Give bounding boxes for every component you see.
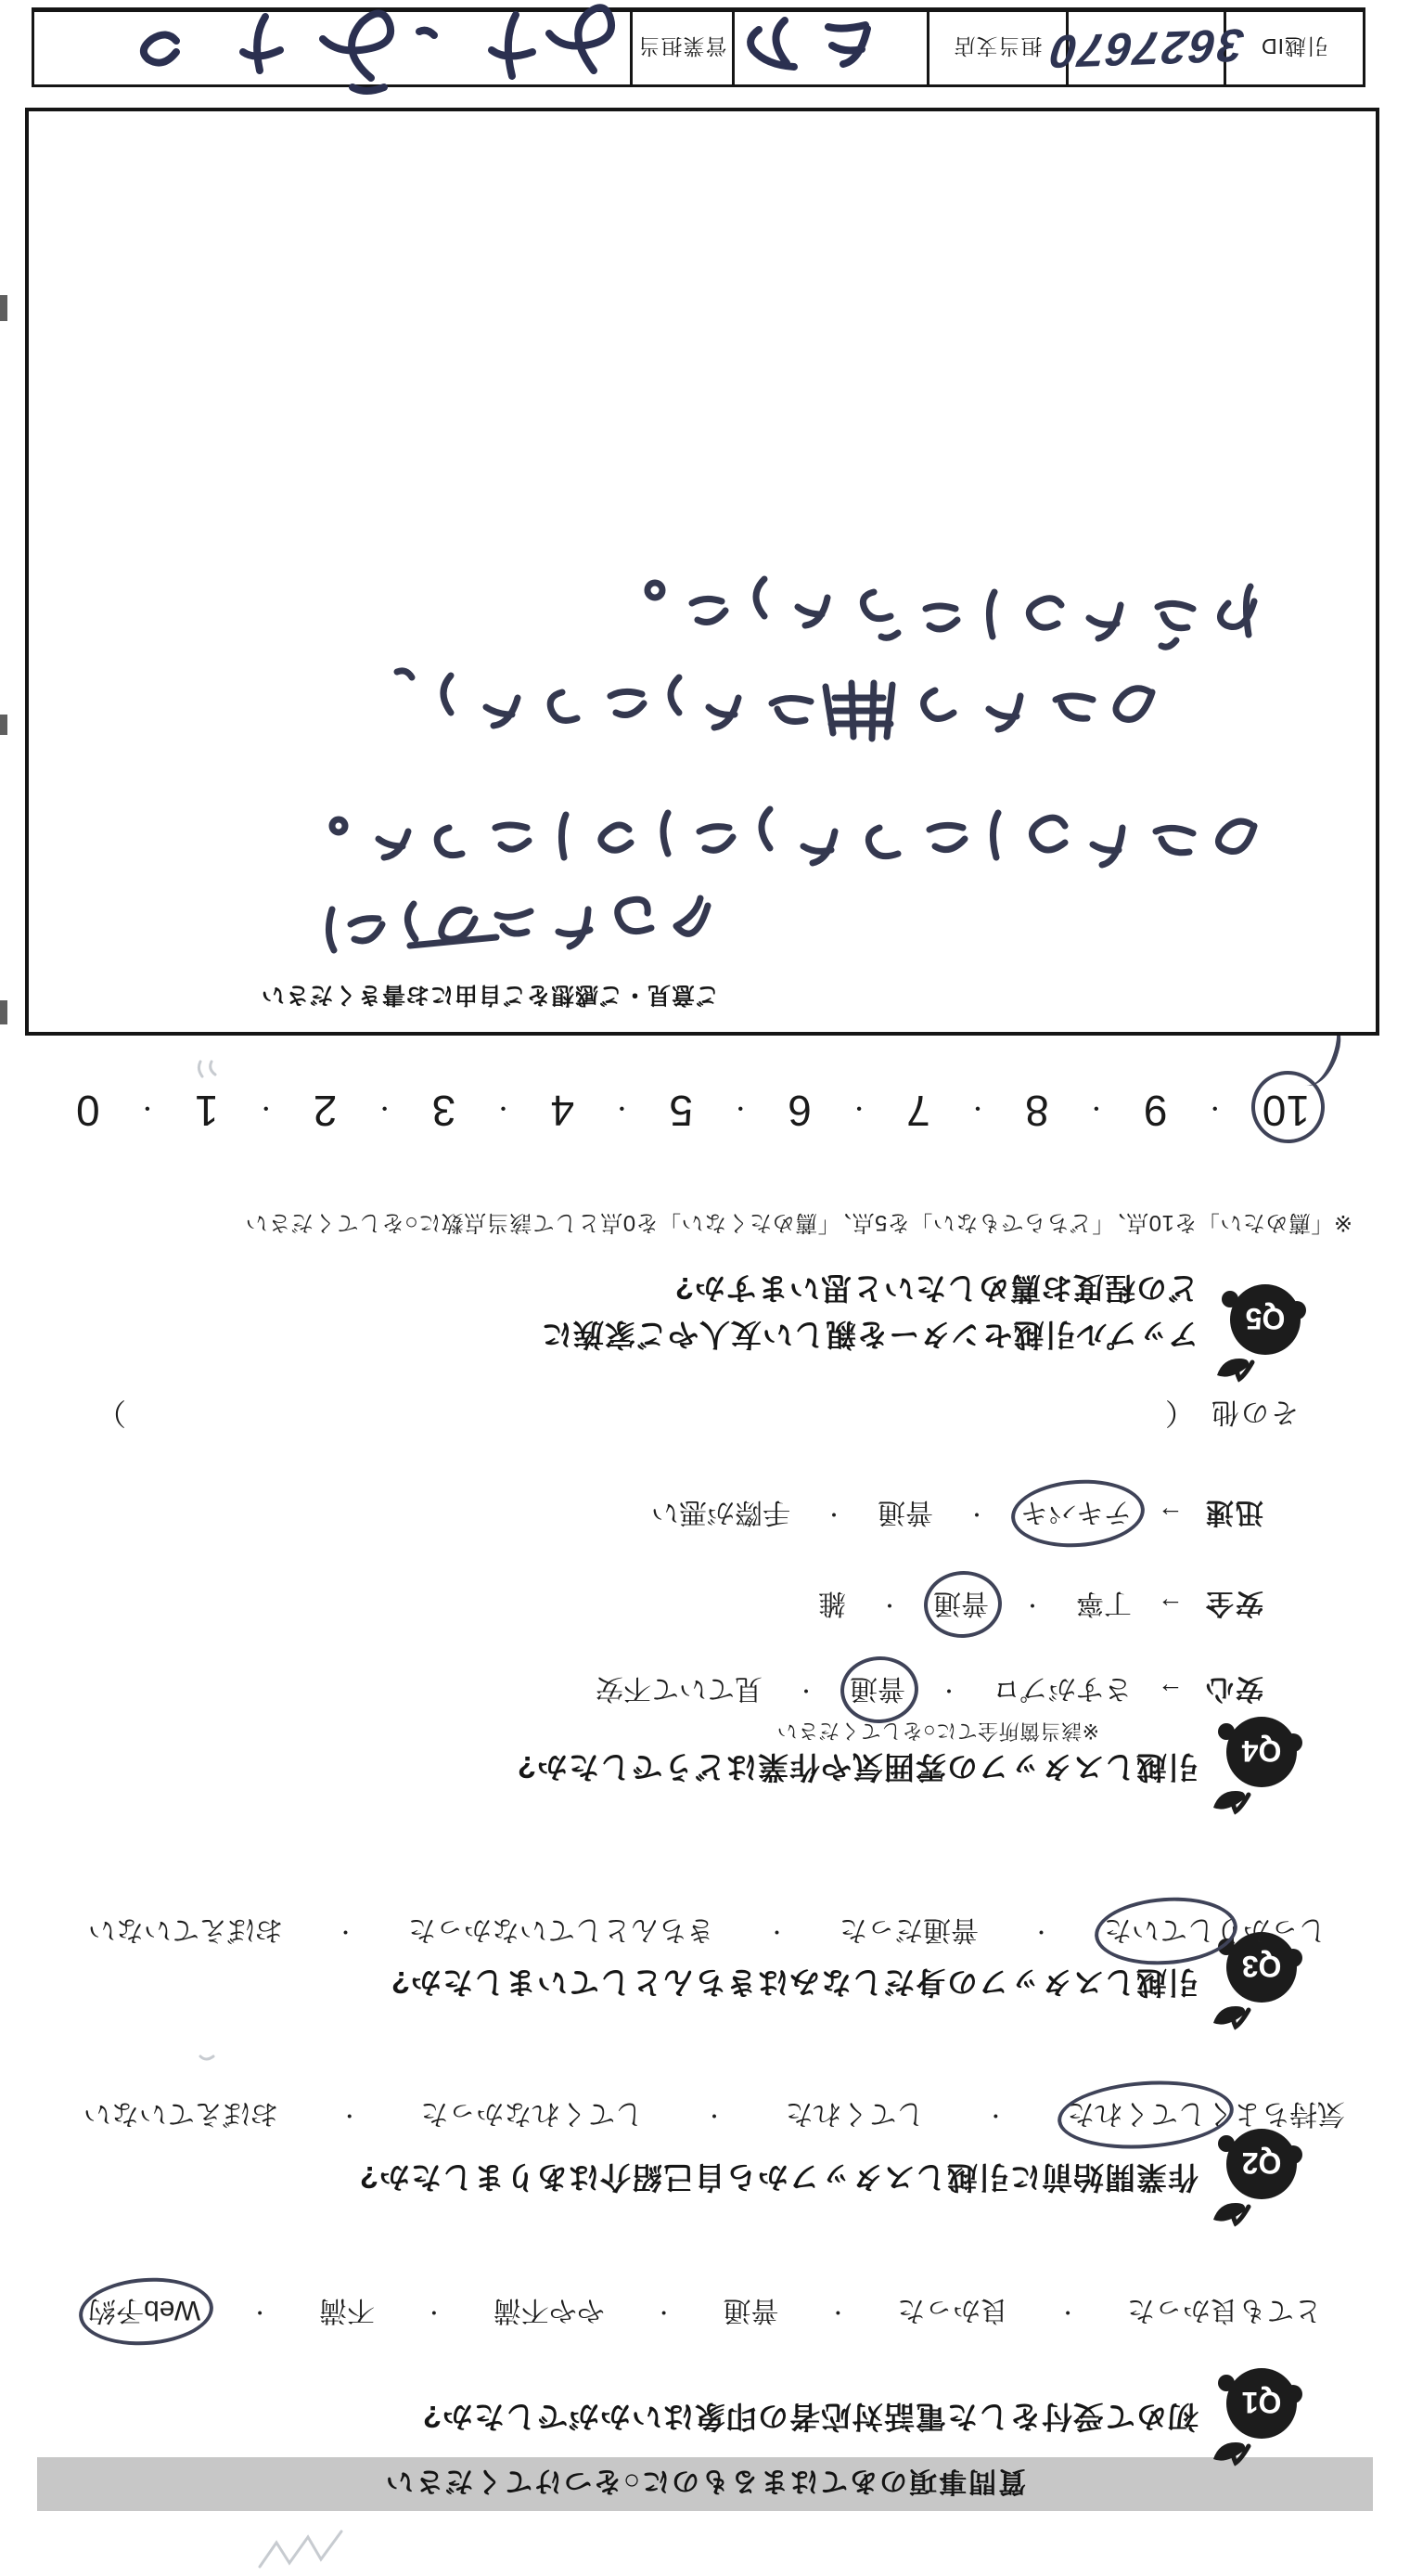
q5-title-line1: アップル引越センターを親しい友人やご家族に bbox=[541, 1315, 1198, 1359]
scale-separator: ・ bbox=[610, 1095, 633, 1127]
scale-separator: ・ bbox=[374, 1095, 396, 1127]
answer-option: 気持ちよくしてくれた bbox=[1067, 2096, 1345, 2137]
handwritten-id-value: 3627670 bbox=[1046, 18, 1247, 78]
q4-row-anzen-category: 安全 bbox=[1204, 1586, 1263, 1627]
answer-option: してくれなかった bbox=[420, 2096, 643, 2137]
q5-title-line2: どの程度お薦めしたいと思いますか? bbox=[674, 1269, 1198, 1312]
q4-note: ※該当箇所全てに○をしてください bbox=[776, 1718, 1099, 1746]
footer-cell-branch-value bbox=[732, 12, 927, 84]
q4-badge-label: Q4 bbox=[1241, 1734, 1281, 1768]
option-separator: ・ bbox=[648, 2299, 680, 2328]
q1-options-row: とても良かった・良かった・普通・やや不満・不満・Web予約 bbox=[88, 2290, 1322, 2337]
scan-edge-marks bbox=[0, 295, 7, 1024]
scale-value-6: 6 bbox=[788, 1086, 812, 1136]
answer-option: おぼえていない bbox=[88, 1913, 283, 1953]
option-separator: ・ bbox=[418, 2299, 450, 2328]
option-separator: ・ bbox=[874, 1592, 905, 1621]
q1-badge-label: Q1 bbox=[1242, 2386, 1282, 2419]
q4-other-open-paren: （ bbox=[1165, 1394, 1195, 1436]
answer-option: Web予約 bbox=[88, 2293, 200, 2334]
option-separator: ・ bbox=[244, 2299, 276, 2328]
option-separator: ・ bbox=[1052, 2299, 1083, 2328]
scanned-survey-page: 質問事項のあてはまるものに○をつけてください Q1 初めて受付をした電話対応者の… bbox=[0, 0, 1410, 2576]
scale-value-5: 5 bbox=[669, 1086, 693, 1136]
scale-separator: ・ bbox=[967, 1095, 989, 1127]
option-separator: ・ bbox=[699, 2103, 730, 2132]
q5-note: ※「薦めたい」を10点、「どちらでもない」を5点、「薦めたくない」を0点として該… bbox=[245, 1209, 1352, 1242]
answer-option: 見ていて不安 bbox=[596, 1671, 763, 1712]
answer-option: してくれた bbox=[786, 2096, 925, 2137]
option-separator: ・ bbox=[818, 1501, 850, 1530]
instruction-bar: 質問事項のあてはまるものに○をつけてください bbox=[37, 2457, 1373, 2511]
scale-value-0: 0 bbox=[76, 1086, 100, 1136]
answer-option: 良かった bbox=[897, 2293, 1008, 2334]
q4-row-arrow: → bbox=[1158, 1677, 1184, 1707]
scale-separator: ・ bbox=[729, 1095, 751, 1127]
q4-row-jinsoku-category: 迅速 bbox=[1204, 1495, 1263, 1536]
footer-cell-branch-label: 担当支店 bbox=[927, 12, 1066, 84]
q5-badge-label: Q5 bbox=[1246, 1302, 1286, 1335]
option-separator: ・ bbox=[790, 1678, 822, 1707]
answer-option: テキパキ bbox=[1020, 1495, 1132, 1536]
q4-row-arrow: → bbox=[1158, 1591, 1184, 1621]
option-separator: ・ bbox=[1026, 1919, 1057, 1948]
instruction-text: 質問事項のあてはまるものに○をつけてください bbox=[384, 2464, 1026, 2505]
option-separator: ・ bbox=[762, 1919, 793, 1948]
option-separator: ・ bbox=[1017, 1592, 1048, 1621]
q4-row-other: その他 （ ） bbox=[96, 1392, 1299, 1438]
q4-badge-mascot-icon: Q4 bbox=[1210, 1711, 1306, 1815]
q2-options-row: 気持ちよくしてくれた・してくれた・してくれなかった・おぼえていない bbox=[83, 2093, 1345, 2140]
answer-option: しっかりしていた bbox=[1104, 1913, 1327, 1953]
scale-value-1: 1 bbox=[195, 1086, 219, 1136]
option-separator: ・ bbox=[980, 2103, 1011, 2132]
footer-cell-id-value: 3627670 bbox=[1066, 12, 1224, 84]
pencil-smudge-marks bbox=[199, 1062, 341, 2567]
q2-title: 作業開始前に引越しスタッフから自己紹介はありましたか? bbox=[359, 2157, 1198, 2201]
q1-badge-mascot-icon: Q1 bbox=[1210, 2363, 1306, 2467]
answer-option: やや不満 bbox=[493, 2293, 605, 2334]
sales-label: 営業担当 bbox=[638, 33, 727, 64]
option-separator: ・ bbox=[330, 1919, 362, 1948]
scale-separator: ・ bbox=[1085, 1095, 1108, 1127]
q4-row-arrow: → bbox=[1158, 1501, 1184, 1530]
q4-row-anshin: 安心 → さすがプロ・普通・見ていて不安 bbox=[596, 1668, 1263, 1715]
footer-cell-sales-signature bbox=[34, 12, 630, 84]
q4-row-anshin-options: さすがプロ・普通・見ていて不安 bbox=[596, 1671, 1132, 1712]
option-separator: ・ bbox=[961, 1501, 993, 1530]
answer-option: 不満 bbox=[319, 2293, 375, 2334]
q4-other-label: その他 bbox=[1210, 1395, 1299, 1436]
answer-option: さすがプロ bbox=[993, 1671, 1132, 1712]
branch-label: 担当支店 bbox=[954, 33, 1043, 64]
q4-row-anzen-options: 丁寧・普通・雑 bbox=[818, 1586, 1132, 1627]
comment-box-label: ご意見・ご感想をご自由にお書きください bbox=[261, 980, 719, 1013]
comment-box bbox=[25, 108, 1379, 1036]
answer-option: 雑 bbox=[818, 1586, 846, 1627]
q5-nps-scale-row: 10・9・8・7・6・5・4・3・2・1・0 bbox=[76, 1082, 1310, 1140]
q3-title: 引越しスタッフの身だしなみはきちんとしていましたか? bbox=[391, 1963, 1198, 2006]
q4-row-jinsoku: 迅速 → テキパキ・普通・手際が悪い bbox=[651, 1492, 1263, 1539]
q1-title: 初めて受付をした電話対応者の印象はいかがでしたか? bbox=[422, 2397, 1198, 2441]
answer-option: 普通だった bbox=[840, 1913, 979, 1953]
scale-separator: ・ bbox=[136, 1095, 159, 1127]
option-separator: ・ bbox=[334, 2103, 365, 2132]
answer-option: 普通 bbox=[878, 1495, 933, 1536]
answer-option: 丁寧 bbox=[1076, 1586, 1132, 1627]
scale-value-8: 8 bbox=[1025, 1086, 1049, 1136]
q4-row-jinsoku-options: テキパキ・普通・手際が悪い bbox=[651, 1495, 1132, 1536]
answer-option: おぼえていない bbox=[83, 2096, 278, 2137]
scale-value-7: 7 bbox=[906, 1086, 930, 1136]
scale-separator: ・ bbox=[848, 1095, 870, 1127]
scale-separator: ・ bbox=[492, 1095, 514, 1127]
scale-value-2: 2 bbox=[314, 1086, 338, 1136]
q4-title: 引越しスタッフの雰囲気や作業はどうでしたか? bbox=[517, 1747, 1198, 1791]
footer-cell-sales-label: 営業担当 bbox=[630, 12, 732, 84]
answer-option: とても良かった bbox=[1127, 2293, 1322, 2334]
answer-option: 普通 bbox=[723, 2293, 778, 2334]
option-separator: ・ bbox=[822, 2299, 853, 2328]
option-separator: ・ bbox=[933, 1678, 965, 1707]
q5-badge-mascot-icon: Q5 bbox=[1213, 1279, 1310, 1383]
scale-separator: ・ bbox=[255, 1095, 277, 1127]
scale-value-10: 10 bbox=[1263, 1086, 1310, 1136]
scale-value-4: 4 bbox=[551, 1086, 575, 1136]
answer-option: 普通 bbox=[933, 1586, 989, 1627]
q2-badge-label: Q2 bbox=[1242, 2146, 1282, 2180]
scale-value-9: 9 bbox=[1144, 1086, 1168, 1136]
scanned-document-viewport: 質問事項のあてはまるものに○をつけてください Q1 初めて受付をした電話対応者の… bbox=[0, 0, 1410, 2576]
scale-value-3: 3 bbox=[432, 1086, 456, 1136]
q4-other-close-paren: ） bbox=[96, 1394, 126, 1436]
q4-row-anshin-category: 安心 bbox=[1204, 1671, 1263, 1712]
answer-option: 手際が悪い bbox=[651, 1495, 790, 1536]
answer-option: 普通 bbox=[850, 1671, 905, 1712]
id-label: 引越ID bbox=[1261, 33, 1328, 64]
answer-option: きちんとしていなかった bbox=[408, 1913, 714, 1953]
scale-separator: ・ bbox=[1204, 1095, 1226, 1127]
footer-staff-table: 引越ID 3627670 担当支店 営業担当 bbox=[32, 7, 1365, 87]
q3-options-row: しっかりしていた・普通だった・きちんとしていなかった・おぼえていない bbox=[88, 1910, 1327, 1956]
q4-row-anzen: 安全 → 丁寧・普通・雑 bbox=[818, 1583, 1263, 1629]
